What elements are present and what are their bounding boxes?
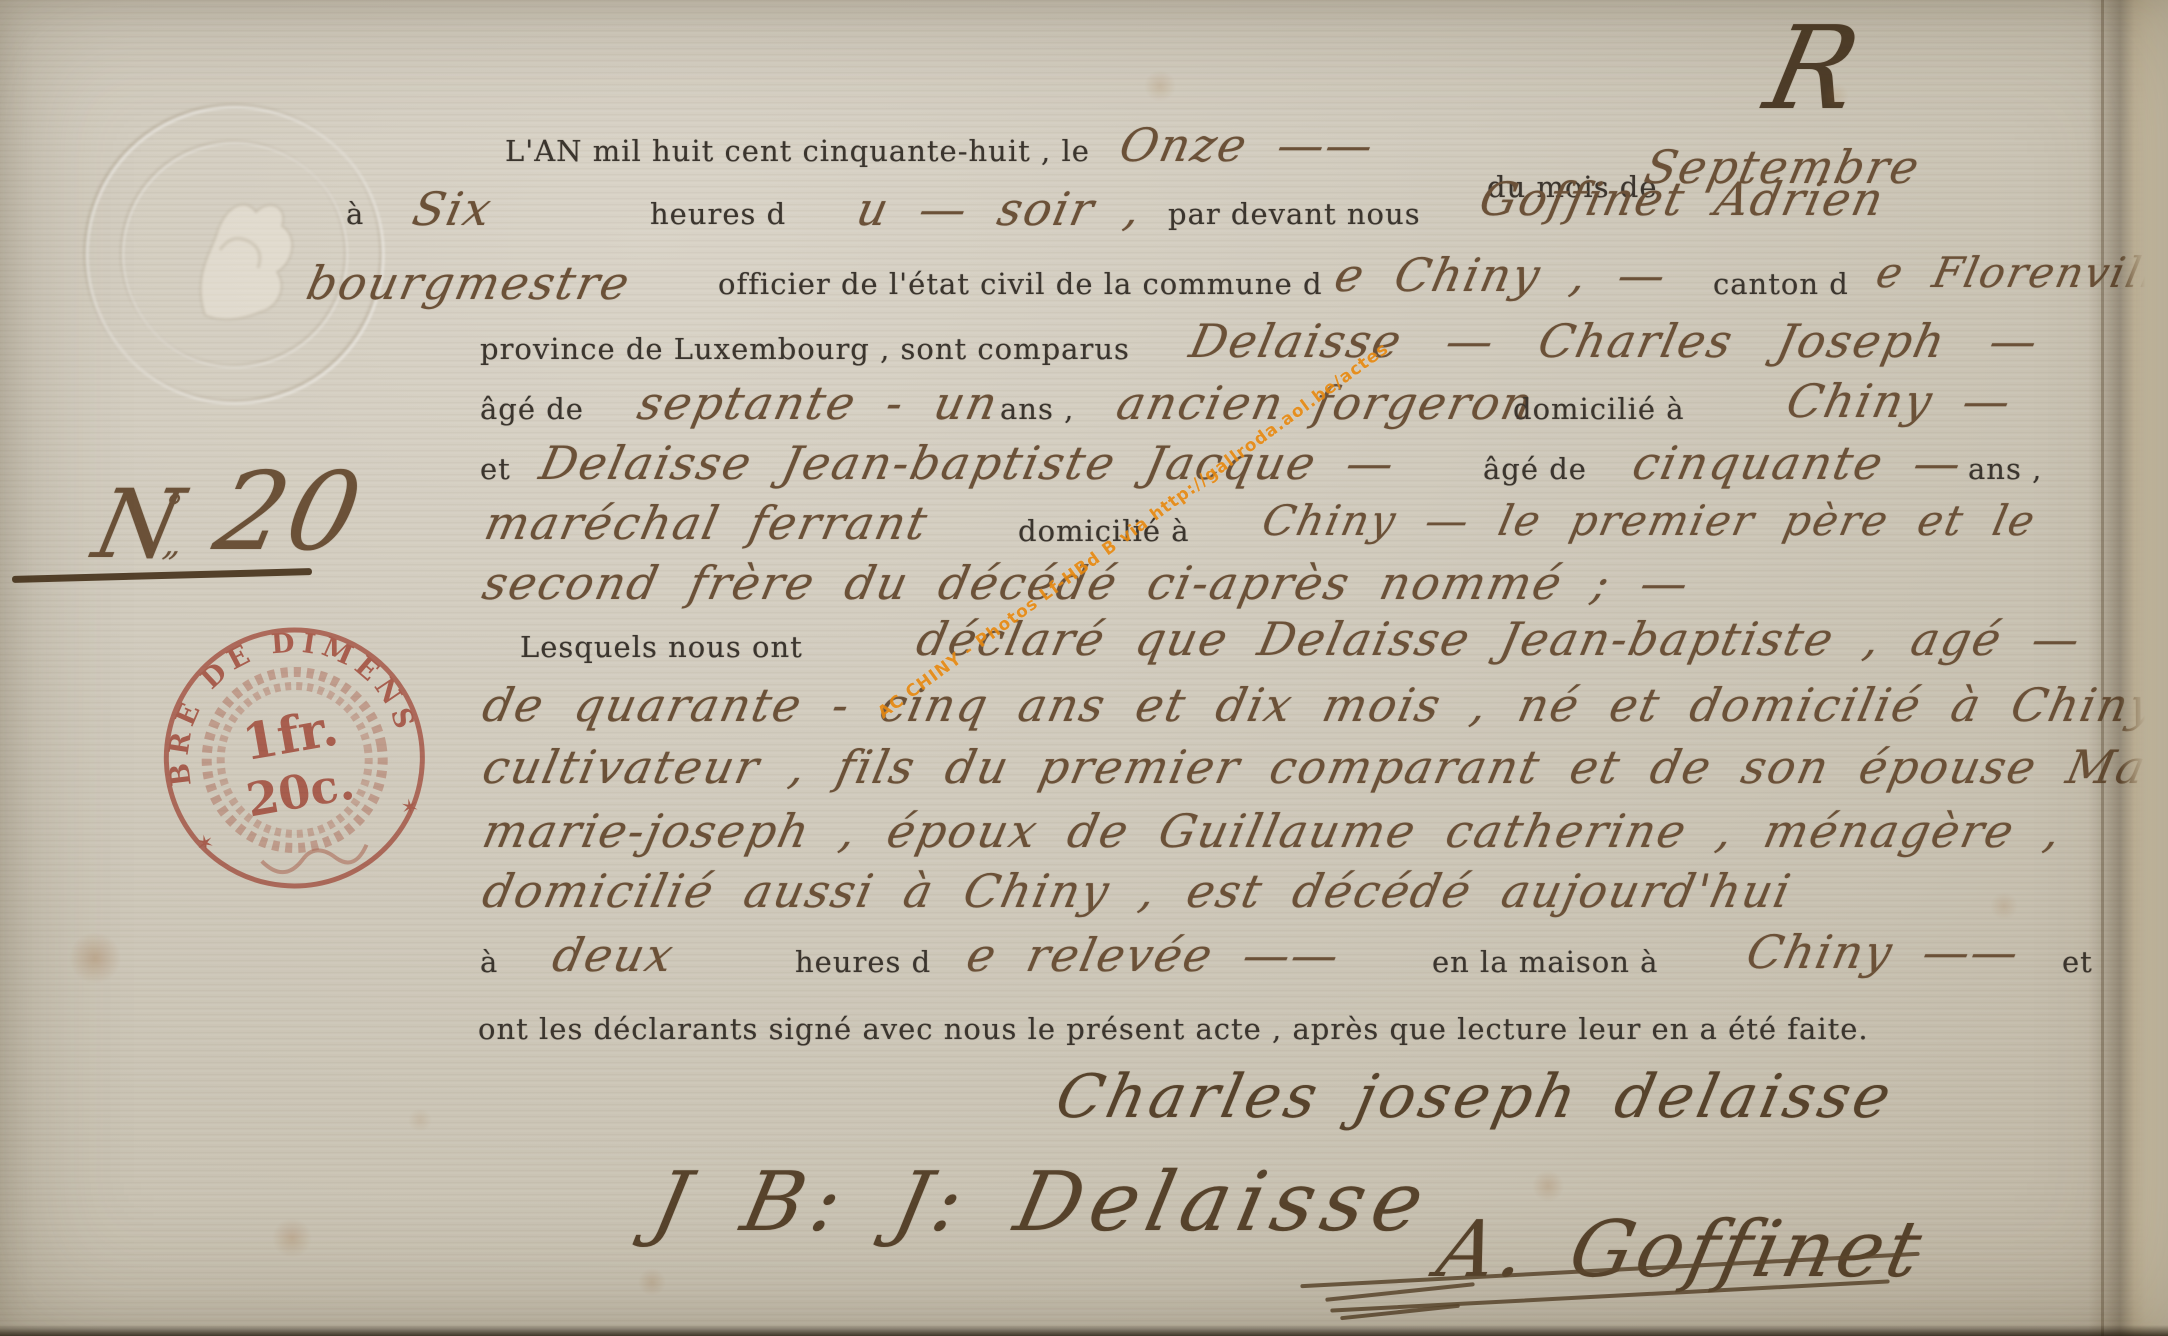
printed-text: à (346, 197, 364, 231)
handwritten-text: deux (548, 928, 680, 982)
handwritten-text: cinquante — (1628, 436, 1968, 490)
printed-text: âgé de (1483, 452, 1587, 486)
printed-text: ans , (1968, 452, 2042, 486)
printed-text: domicilié à (1513, 392, 1685, 426)
handwritten-text: Six (408, 182, 498, 236)
handwritten-text: domicilié aussi à Chiny , est décédé auj… (478, 864, 1797, 918)
handwritten-text: Chiny — le premier père et le (1258, 496, 2041, 545)
printed-text: officier de l'état civil de la commune d (718, 267, 1323, 301)
handwritten-text: septante - un (633, 376, 1004, 430)
handwritten-text: bourgmestre (302, 256, 636, 310)
stamp-ornament-left: ✶ (194, 830, 216, 858)
printed-text: âgé de (480, 392, 584, 426)
handwritten-text: maréchal ferrant (480, 496, 934, 550)
printed-text: et (2062, 945, 2093, 979)
handwritten-text: de quarante - cinq ans et dix mois , né … (478, 678, 2168, 732)
signature-declarant-1: Charles joseph delaisse (1050, 1062, 1901, 1132)
handwritten-text: Onze —— (1115, 118, 1380, 172)
timbre-de-dimension-stamp: TIMBRE DE DIMENSION. ✶ ✶ 1fr. 20c. (129, 588, 459, 925)
printed-text: ans , (1000, 392, 1074, 426)
printed-text: en la maison à (1432, 945, 1658, 979)
printed-text: heures d (795, 945, 931, 979)
handwritten-text: u — soir , (852, 182, 1148, 236)
embossed-lion-seal-icon (80, 100, 390, 410)
handwritten-text: cultivateur , fils du premier comparant … (478, 740, 2168, 794)
handwritten-text: Delaisse — Charles Joseph — (1185, 314, 2044, 368)
printed-text: ont les déclarants signé avec nous le pr… (478, 1012, 1869, 1046)
page-bottom-edge (0, 1325, 2168, 1336)
handwritten-text: marie-joseph , époux de Guillaume cather… (478, 804, 2068, 858)
printed-text: L'AN mil huit cent cinquante-huit , le (505, 134, 1090, 168)
handwritten-text: e relevée —— (962, 928, 1346, 982)
handwritten-text: Chiny —— (1742, 925, 2025, 979)
registrar-paraph: R (1755, 2, 1872, 136)
page-edge-line (2101, 0, 2104, 1336)
printed-text: canton d (1713, 267, 1849, 301)
printed-text: à (480, 945, 498, 979)
handwritten-text: déclaré que Delaisse Jean-baptiste , agé… (912, 612, 2086, 666)
scanned-death-record-page: TIMBRE DE DIMENSION. ✶ ✶ 1fr. 20c. N ° „… (0, 0, 2168, 1336)
handwritten-text: Goffinet Adrien (1475, 172, 1890, 226)
handwritten-text: Chiny — (1782, 374, 2017, 428)
printed-text: heures d (650, 197, 786, 231)
handwritten-text: e Chiny , — (1330, 248, 1672, 302)
page-right-edge (2088, 0, 2168, 1336)
handwritten-text: Delaisse Jean-baptiste Jacque — (535, 436, 1401, 490)
handwritten-text: e Florenville , (1872, 248, 2168, 297)
signature-declarant-2: J B: J: Delaisse (645, 1155, 1440, 1250)
printed-text: province de Luxembourg , sont comparus (480, 332, 1130, 366)
printed-text: Lesquels nous ont (520, 630, 803, 664)
printed-text: et (480, 452, 511, 486)
printed-text: par devant nous (1168, 197, 1421, 231)
act-number-value: 20 (205, 450, 373, 575)
